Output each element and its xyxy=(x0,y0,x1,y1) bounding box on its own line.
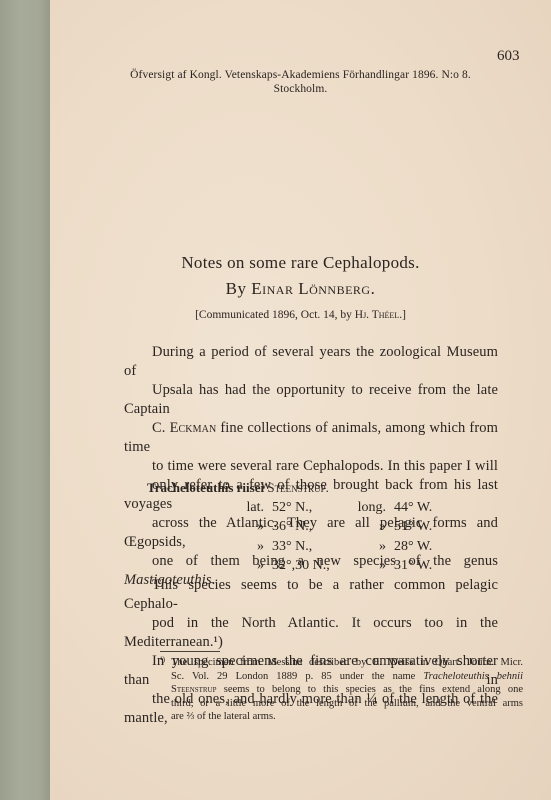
book-binding-edge xyxy=(0,0,50,800)
long-label: » xyxy=(350,537,394,556)
lat-label: » xyxy=(228,517,272,536)
coordinate-row: » 32°,30 N., » 31° W. xyxy=(228,556,454,575)
footnote-line: third, or a little more of the length of… xyxy=(171,697,523,711)
article-title: Notes on some rare Cephalopods. xyxy=(50,253,551,273)
journal-header-line1: Öfversigt af Kongl. Vetenskaps-Akademien… xyxy=(130,69,471,81)
text-line: pod in the North Atlantic. It occurs too… xyxy=(124,614,498,652)
text-line: C. Eckman fine collections of animals, a… xyxy=(124,419,498,457)
text-line: During a period of several years the zoo… xyxy=(124,343,498,381)
latitude: 33° N., xyxy=(272,537,350,556)
lat-label: » xyxy=(228,556,272,575)
latitude: 36° N., xyxy=(272,517,350,536)
longitude: 28° W. xyxy=(394,537,454,556)
author-name: Einar Lönnberg xyxy=(251,279,370,298)
authority-name: Steenstrup xyxy=(171,684,217,695)
longitude: 44° W. xyxy=(394,498,454,517)
byline-suffix: . xyxy=(371,279,376,298)
longitude: 31° W. xyxy=(394,556,454,575)
byline-prefix: By xyxy=(226,279,252,298)
footnote-line: are ⅔ of the lateral arms. xyxy=(171,710,523,724)
text-segment: Sc. Vol. 29 London 1889 p. 85 under the … xyxy=(171,671,423,682)
footnote: The specimen from Messina described by E… xyxy=(171,656,523,724)
latitude: 32°,30 N., xyxy=(272,556,350,575)
longitude: 51° W. xyxy=(394,517,454,536)
lat-label: lat. xyxy=(228,498,272,517)
communicator-name: Hj. Théel xyxy=(355,309,399,321)
long-label: long. xyxy=(350,498,394,517)
text-segment: seems to belong to this species as the f… xyxy=(217,684,523,695)
species-heading: Tracheloteuthis riisei Steenstrup. xyxy=(147,480,329,496)
footnote-line: The specimen from Messina described by E… xyxy=(171,656,523,670)
latitude: 52° N., xyxy=(272,498,350,517)
text-line: This species seems to be a rather common… xyxy=(124,576,498,614)
footnote-line: Sc. Vol. 29 London 1889 p. 85 under the … xyxy=(171,670,523,684)
communicated-note: [Communicated 1896, Oct. 14, by Hj. Thée… xyxy=(50,309,551,321)
captain-name: C. Eckman xyxy=(152,420,216,436)
page-number: 603 xyxy=(497,48,520,65)
footnote-divider xyxy=(160,651,220,652)
communicated-prefix: [Communicated 1896, Oct. 14, by xyxy=(195,309,355,321)
coordinate-row: lat. 52° N., long. 44° W. xyxy=(228,498,454,517)
coordinates-table: lat. 52° N., long. 44° W. » 36° N., » 51… xyxy=(228,498,454,575)
species-authority: Steenstrup. xyxy=(267,480,328,495)
text-line: to time were several rare Cephalopods. I… xyxy=(124,457,498,476)
communicated-suffix: .] xyxy=(399,309,406,321)
coordinate-row: » 33° N., » 28° W. xyxy=(228,537,454,556)
footnote-line: Steenstrup seems to belong to this speci… xyxy=(171,683,523,697)
coordinate-row: » 36° N., » 51° W. xyxy=(228,517,454,536)
journal-header: Öfversigt af Kongl. Vetenskaps-Akademien… xyxy=(50,68,551,96)
lat-label: » xyxy=(228,537,272,556)
document-page: 603 Öfversigt af Kongl. Vetenskaps-Akade… xyxy=(50,0,551,800)
text-line: Upsala has had the opportunity to receiv… xyxy=(124,381,498,419)
long-label: » xyxy=(350,556,394,575)
species-name: Tracheloteuthis riisei xyxy=(147,480,264,495)
species-name-italic: Tracheloteuthis behnii xyxy=(423,671,523,682)
byline: By Einar Lönnberg. xyxy=(50,279,551,299)
journal-header-line2: Stockholm. xyxy=(50,82,551,96)
footnote-marker: ¹) xyxy=(160,655,165,664)
long-label: » xyxy=(350,517,394,536)
